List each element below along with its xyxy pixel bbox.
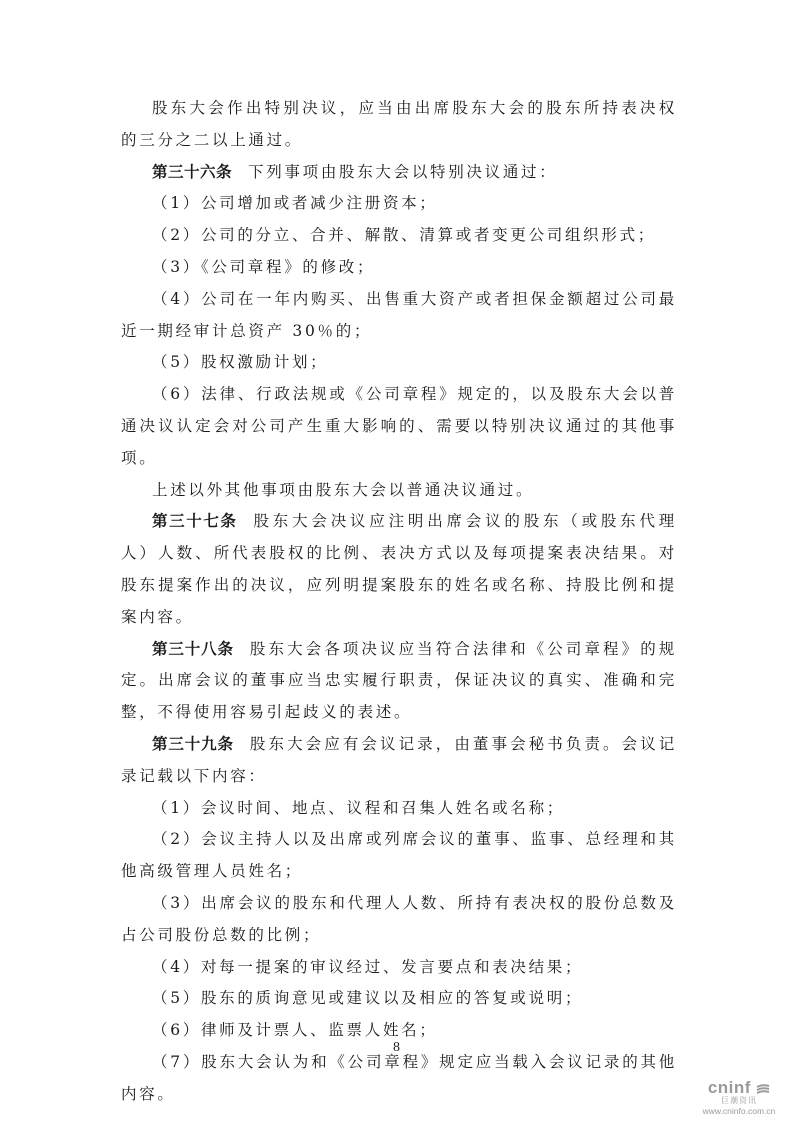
article-heading: 第三十九条: [152, 735, 234, 753]
document-page: 股东大会作出特别决议，应当由出席股东大会的股东所持表决权的三分之二以上通过。 第…: [0, 0, 793, 1122]
paragraph-text: （6）律师及计票人、监票人姓名；: [152, 1021, 438, 1039]
paragraph-text: （5）股权激励计划；: [152, 353, 328, 371]
paragraph-text: （5）股东的质询意见或建议以及相应的答复或说明；: [152, 989, 583, 1007]
watermark-logo-text: cninf: [708, 1078, 751, 1097]
page-body: 股东大会作出特别决议，应当由出席股东大会的股东所持表决权的三分之二以上通过。 第…: [121, 93, 677, 1111]
cninfo-logo-icon: [756, 1084, 770, 1094]
watermark-chinese-name: 巨潮资讯: [693, 1096, 785, 1106]
cninfo-watermark: cninf 巨潮资讯 www.cninfo.com.cn: [693, 1079, 785, 1116]
watermark-url: www.cninfo.com.cn: [693, 1106, 785, 1116]
list-item: （1）会议时间、地点、议程和召集人姓名或名称；: [121, 793, 677, 825]
page-number: 8: [0, 1040, 793, 1056]
paragraph-text: （4）对每一提案的审议经过、发言要点和表决结果；: [152, 958, 583, 976]
paragraph-text: （4）公司在一年内购买、出售重大资产或者担保金额超过公司最近一期经审计总资产 3…: [121, 290, 677, 340]
paragraph-text: （2）会议主持人以及出席或列席会议的董事、监事、总经理和其他高级管理人员姓名；: [121, 830, 677, 880]
article-38: 第三十八条股东大会各项决议应当符合法律和《公司章程》的规定。出席会议的董事应当忠…: [121, 634, 677, 729]
paragraph-text: （3）《公司章程》的修改；: [152, 258, 375, 276]
list-item: （3）《公司章程》的修改；: [121, 252, 677, 284]
paragraph: 股东大会作出特别决议，应当由出席股东大会的股东所持表决权的三分之二以上通过。: [121, 93, 677, 157]
article-heading: 第三十六条: [152, 163, 232, 181]
article-36: 第三十六条下列事项由股东大会以特别决议通过：: [121, 157, 677, 189]
paragraph-text: 上述以外其他事项由股东大会以普通决议通过。: [152, 481, 534, 499]
paragraph-text: （1）会议时间、地点、议程和召集人姓名或名称；: [152, 799, 565, 817]
list-item: （5）股权激励计划；: [121, 347, 677, 379]
article-heading: 第三十七条: [152, 512, 238, 530]
list-item: （5）股东的质询意见或建议以及相应的答复或说明；: [121, 983, 677, 1015]
article-39: 第三十九条股东大会应有会议记录，由董事会秘书负责。会议记录记载以下内容：: [121, 729, 677, 793]
article-heading: 第三十八条: [152, 640, 234, 658]
paragraph-text: （3）出席会议的股东和代理人人数、所持有表决权的股份总数及占公司股份总数的比例；: [121, 894, 677, 944]
list-item: （4）公司在一年内购买、出售重大资产或者担保金额超过公司最近一期经审计总资产 3…: [121, 284, 677, 348]
list-item: （1）公司增加或者减少注册资本；: [121, 188, 677, 220]
list-item: （2）会议主持人以及出席或列席会议的董事、监事、总经理和其他高级管理人员姓名；: [121, 824, 677, 888]
paragraph-text: （2）公司的分立、合并、解散、清算或者变更公司组织形式；: [152, 226, 656, 244]
list-item: （6）法律、行政法规或《公司章程》规定的，以及股东大会以普通决议认定会对公司产生…: [121, 379, 677, 474]
paragraph: 上述以外其他事项由股东大会以普通决议通过。: [121, 475, 677, 507]
paragraph-text: （1）公司增加或者减少注册资本；: [152, 194, 438, 212]
list-item: （7）股东大会认为和《公司章程》规定应当载入会议记录的其他内容。: [121, 1047, 677, 1111]
list-item: （4）对每一提案的审议经过、发言要点和表决结果；: [121, 952, 677, 984]
paragraph-text: 股东大会作出特别决议，应当由出席股东大会的股东所持表决权的三分之二以上通过。: [121, 99, 677, 149]
paragraph-text: （7）股东大会认为和《公司章程》规定应当载入会议记录的其他内容。: [121, 1053, 677, 1103]
paragraph-text: （6）法律、行政法规或《公司章程》规定的，以及股东大会以普通决议认定会对公司产生…: [121, 385, 677, 467]
paragraph-text: 下列事项由股东大会以特别决议通过：: [248, 163, 557, 181]
watermark-logo: cninf: [693, 1079, 785, 1096]
list-item: （3）出席会议的股东和代理人人数、所持有表决权的股份总数及占公司股份总数的比例；: [121, 888, 677, 952]
article-37: 第三十七条股东大会决议应注明出席会议的股东（或股东代理人）人数、所代表股权的比例…: [121, 506, 677, 633]
list-item: （2）公司的分立、合并、解散、清算或者变更公司组织形式；: [121, 220, 677, 252]
